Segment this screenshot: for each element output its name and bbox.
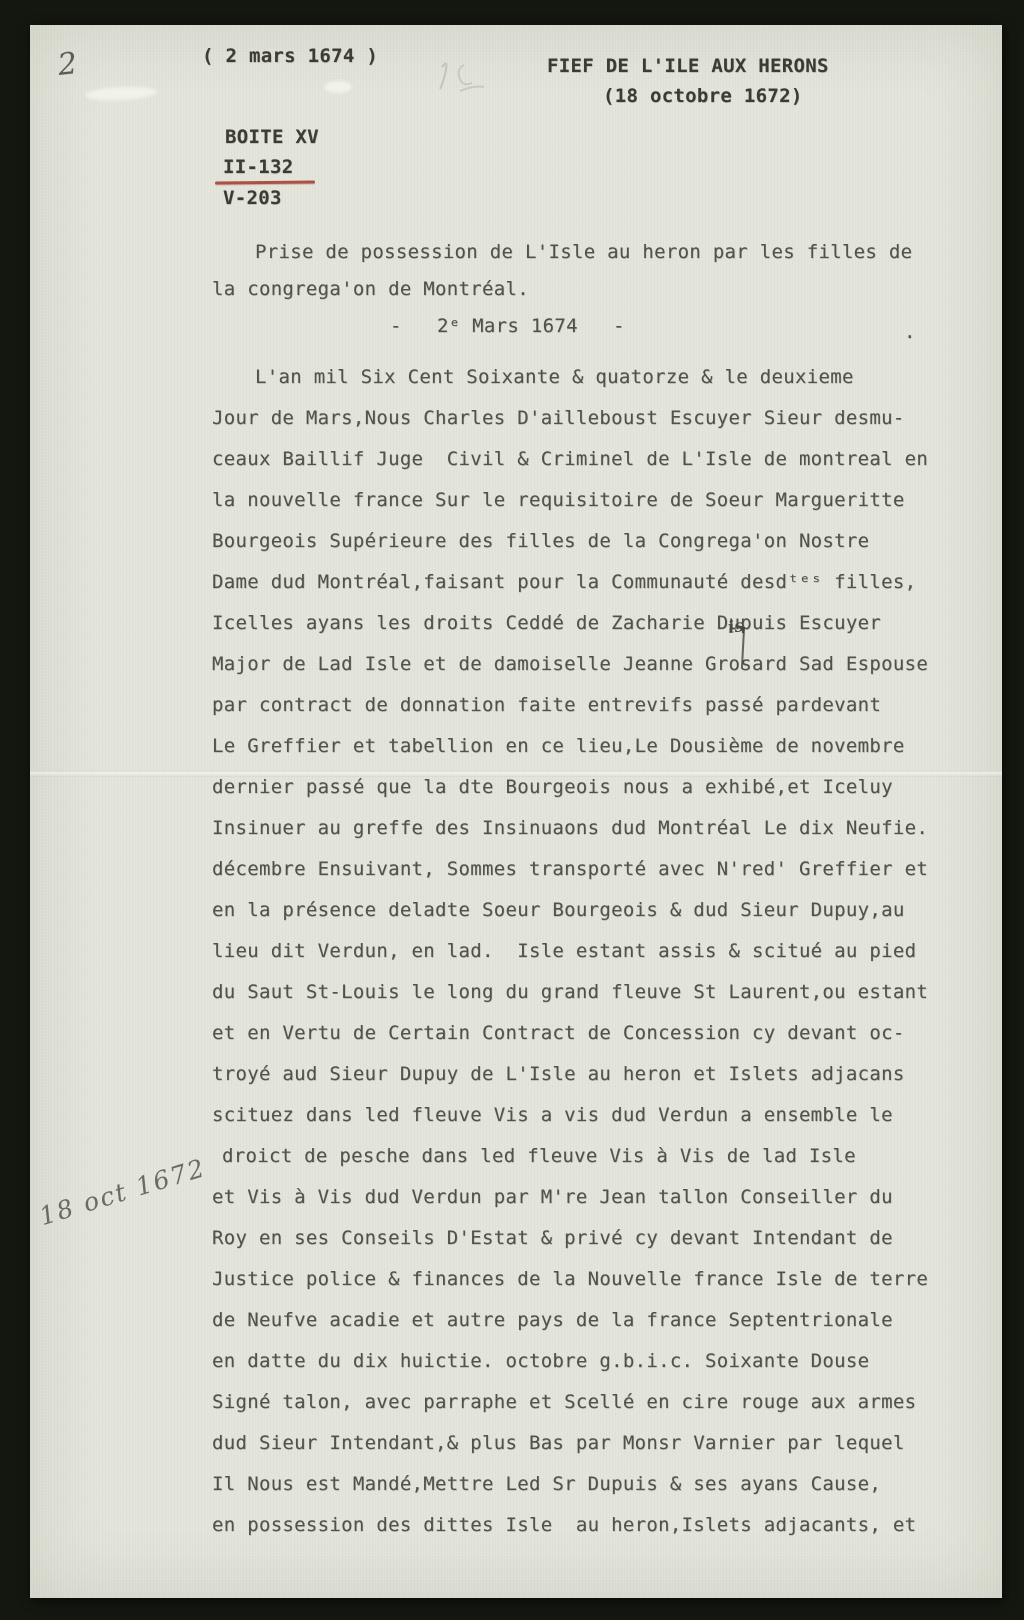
- reference-number-1: II-132: [223, 156, 293, 178]
- handwritten-page-number: 2: [56, 46, 79, 83]
- body-line: Signé talon, avec parraphe et Scellé en …: [212, 1382, 972, 1423]
- body-line: scituez dans led fleuve Vis a vis dud Ve…: [212, 1095, 972, 1136]
- document-title: FIEF DE L'ILE AUX HERONS: [547, 55, 829, 77]
- body-line: ceaux Baillif Juge Civil & Criminel de L…: [212, 439, 972, 480]
- body-line: Icelles ayans les droits Ceddé de Zachar…: [212, 603, 972, 644]
- body-line: troyé aud Sieur Dupuy de L'Isle au heron…: [212, 1054, 972, 1095]
- heading-line-1: Prise de possession de L'Isle au heron p…: [255, 241, 912, 263]
- body-line: du Saut St-Louis le long du grand fleuve…: [212, 972, 972, 1013]
- body-line: Bourgeois Supérieure des filles de la Co…: [212, 521, 972, 562]
- handwritten-margin-note: 18 oct 1672: [36, 1148, 226, 1231]
- body-line: et en Vertu de Certain Contract de Conce…: [212, 1013, 972, 1054]
- body-line: Major de Lad Isle et de damoiselle Jeann…: [212, 644, 972, 685]
- body-line: Justice police & finances de la Nouvelle…: [212, 1259, 972, 1300]
- typed-date-annotation: ( 2 mars 1674 ): [202, 45, 378, 67]
- paper-blemish: [324, 81, 352, 93]
- paper-blemish: [85, 85, 158, 102]
- heading-date-line: - 2ᵉ Mars 1674 -: [390, 315, 625, 337]
- body-line: L'an mil Six Cent Soixante & quatorze & …: [212, 357, 972, 398]
- document-paper: 2 ( 2 mars 1674 ) FIEF DE L'ILE AUX HERO…: [30, 25, 1002, 1598]
- body-line: Roy en ses Conseils D'Estat & privé cy d…: [212, 1218, 972, 1259]
- paper-fold-crease: [30, 770, 1002, 777]
- reference-number-2: V-203: [223, 187, 282, 209]
- box-label: BOITE XV: [225, 126, 319, 148]
- document-subtitle: (18 octobre 1672): [603, 85, 803, 107]
- body-line: droict de pesche dans led fleuve Vis à V…: [212, 1136, 972, 1177]
- body-line: et Vis à Vis dud Verdun par M're Jean ta…: [212, 1177, 972, 1218]
- body-line: par contract de donnation faite entrevif…: [212, 685, 972, 726]
- body-line: la nouvelle france Sur le requisitoire d…: [212, 480, 972, 521]
- pencil-scribble: [430, 53, 500, 108]
- body-text: L'an mil Six Cent Soixante & quatorze & …: [212, 357, 972, 1546]
- body-line: dud Sieur Intendant,& plus Bas par Monsr…: [212, 1423, 972, 1464]
- scanned-archive-page: { "colors": { "background": "#13170f", "…: [0, 0, 1024, 1620]
- body-line: en possession des dittes Isle au heron,I…: [212, 1505, 972, 1546]
- body-line: Insinuer au greffe des Insinuaons dud Mo…: [212, 808, 972, 849]
- body-line: de Neufve acadie et autre pays de la fra…: [212, 1300, 972, 1341]
- body-line: décembre Ensuivant, Sommes transporté av…: [212, 849, 972, 890]
- body-line: Le Greffier et tabellion en ce lieu,Le D…: [212, 726, 972, 767]
- stray-period: .: [904, 321, 916, 343]
- red-underline: [215, 180, 315, 184]
- heading-line-2: la congrega'on de Montréal.: [212, 278, 529, 300]
- body-line: Dame dud Montréal,faisant pour la Commun…: [212, 562, 972, 603]
- body-line: Jour de Mars,Nous Charles D'ailleboust E…: [212, 398, 972, 439]
- body-line: en la présence deladte Soeur Bourgeois &…: [212, 890, 972, 931]
- body-line: lieu dit Verdun, en lad. Isle estant ass…: [212, 931, 972, 972]
- body-line: Il Nous est Mandé,Mettre Led Sr Dupuis &…: [212, 1464, 972, 1505]
- body-line: en datte du dix huictie. octobre g.b.i.c…: [212, 1341, 972, 1382]
